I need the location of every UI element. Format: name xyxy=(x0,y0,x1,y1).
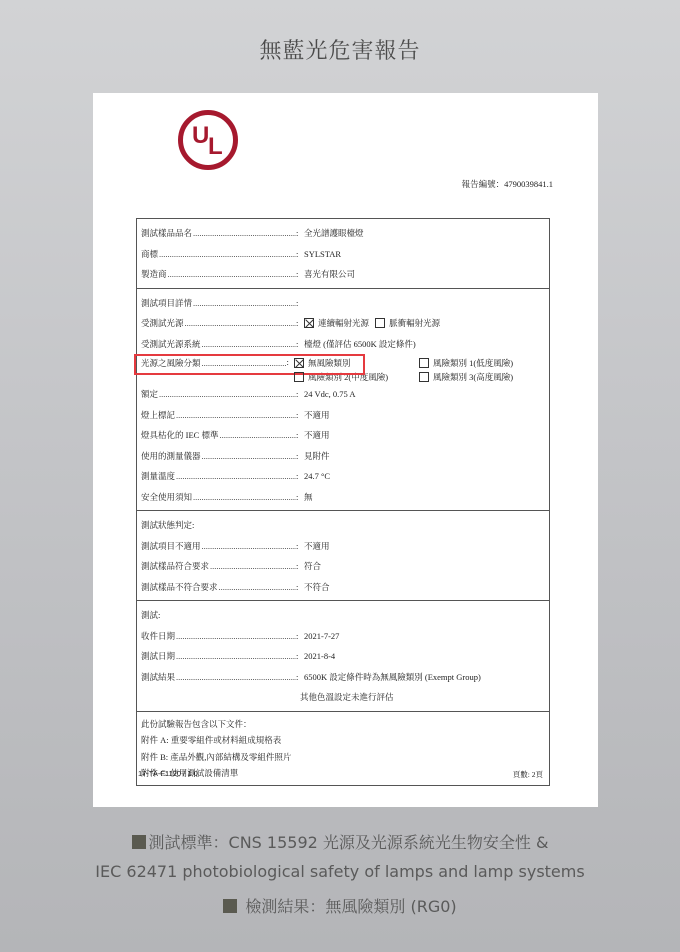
checkbox-checked-icon xyxy=(294,358,304,368)
page-count: 頁數: 2頁 xyxy=(513,769,543,780)
field-value: 無 xyxy=(304,491,549,503)
field-label: 燈上標記 xyxy=(141,410,176,420)
field-label: 額定 xyxy=(141,389,159,399)
field-value: SYLSTAR xyxy=(304,249,549,259)
section-heading: 測試狀態判定: xyxy=(141,520,195,530)
risk-option-group3: 風險類別 3(高度風險) xyxy=(419,371,549,383)
row-not-applicable: 測試項目不適用 : 不適用 xyxy=(137,536,549,557)
field-label: 燈具枯化的 IEC 標準 xyxy=(141,430,219,440)
field-value: 不符合 xyxy=(304,581,549,593)
checkbox-empty-icon xyxy=(419,372,429,382)
row-sample-name: 測試樣品品名 : 全光譜護眼檯燈 xyxy=(137,223,549,244)
row-pass: 測試樣品符合要求 : 符合 xyxy=(137,556,549,577)
row-lamp-marking: 燈上標記 : 不適用 xyxy=(137,405,549,426)
risk-option-group1: 風險類別 1(低度風險) xyxy=(419,357,549,369)
row-rating: 額定 : 24 Vdc, 0.75 A xyxy=(137,384,549,405)
caption-standard: 測試標準：CNS 15592 光源及光源系統光生物安全性 & xyxy=(0,830,680,853)
attachment-item: 附件 B: 產品外觀,內部結構及零組件照片 xyxy=(137,749,549,766)
field-value: 2021-7-27 xyxy=(304,631,549,641)
square-bullet-icon xyxy=(223,899,237,913)
row-safety-notes: 安全使用須知 : 無 xyxy=(137,487,549,508)
row-temperature: 測量溫度 : 24.7 °C xyxy=(137,466,549,487)
attachment-item: 附件 A: 重要零組件或材料組成規格表 xyxy=(137,732,549,749)
ul-logo-l: L xyxy=(208,135,223,159)
row-test-date: 測試日期 : 2021-8-4 xyxy=(137,646,549,667)
risk-option-group2: 風險類別 2(中度風險) xyxy=(294,371,419,383)
report-number-label: 報告編號： xyxy=(462,179,505,189)
ul-logo-u: U xyxy=(192,124,209,148)
field-label: 測試項目不適用 xyxy=(141,541,202,551)
field-value: 檯燈 (僅評估 6500K 設定條件) xyxy=(304,338,549,350)
section-testing: 測試: 收件日期 : 2021-7-27 測試日期 : 2021-8-4 測試結… xyxy=(137,601,549,712)
form-code: 17-TA-F1120 / 1.0 xyxy=(138,769,198,778)
row-iec-standard: 燈具枯化的 IEC 標準 : 不適用 xyxy=(137,425,549,446)
field-label: 測量溫度 xyxy=(141,471,176,481)
ul-logo-icon: U L xyxy=(178,110,238,170)
section-sample-info: 測試樣品品名 : 全光譜護眼檯燈 商標 : SYLSTAR 製造商 : 喜光有限… xyxy=(137,219,549,289)
field-label: 使用的測量儀器 xyxy=(141,451,202,461)
field-label: 光源之風險分類 xyxy=(141,358,202,368)
square-bullet-icon xyxy=(132,835,146,849)
field-label: 收件日期 xyxy=(141,631,176,641)
field-label: 測試結果 xyxy=(141,672,176,682)
field-value: 不適用 xyxy=(304,540,549,552)
row-manufacturer: 製造商 : 喜光有限公司 xyxy=(137,264,549,285)
row-result-note: 其他色溫設定未進行評估 xyxy=(137,687,549,708)
report-table: 測試樣品品名 : 全光譜護眼檯燈 商標 : SYLSTAR 製造商 : 喜光有限… xyxy=(136,218,550,786)
page-title: 無藍光危害報告 xyxy=(0,34,680,65)
field-label: 受測試光源系統 xyxy=(141,339,202,349)
section-heading: 此份試驗報告包含以下文件： xyxy=(141,718,549,730)
section-verdict: 測試狀態判定: 測試項目不適用 : 不適用 測試樣品符合要求 : 符合 測試樣品… xyxy=(137,511,549,601)
field-label: 安全使用須知 xyxy=(141,492,193,502)
row-receipt-date: 收件日期 : 2021-7-27 xyxy=(137,626,549,647)
row-light-source: 受測試光源 : 連續輻射光源 脈衝輻射光源 xyxy=(137,313,549,334)
field-label: 測試樣品不符合要求 xyxy=(141,582,219,592)
field-value: 不適用 xyxy=(304,429,549,441)
row-test-result: 測試結果 : 6500K 設定條件時為無風險類別 (Exempt Group) xyxy=(137,667,549,688)
field-value: 全光譜護眼檯燈 xyxy=(304,227,549,239)
row-light-system: 受測試光源系統 : 檯燈 (僅評估 6500K 設定條件) xyxy=(137,334,549,355)
checkbox-checked-icon xyxy=(304,318,314,328)
checkbox-empty-icon xyxy=(294,372,304,382)
field-value: 2021-8-4 xyxy=(304,651,549,661)
section-heading: 測試項目詳情 xyxy=(141,298,193,308)
field-value: 24 Vdc, 0.75 A xyxy=(304,389,549,399)
field-label: 測試日期 xyxy=(141,651,176,661)
row-fail: 測試樣品不符合要求 : 不符合 xyxy=(137,577,549,598)
section-test-details: 測試項目詳情 : 受測試光源 : 連續輻射光源 脈衝輻射光源 受測試光源系統 :… xyxy=(137,289,549,512)
row-trademark: 商標 : SYLSTAR xyxy=(137,244,549,265)
row-attachments-heading: 此份試驗報告包含以下文件： xyxy=(137,716,549,733)
option-pulsed: 脈衝輻射光源 xyxy=(389,318,440,328)
field-label: 測試樣品品名 xyxy=(141,228,193,238)
row-test-details-heading: 測試項目詳情 : xyxy=(137,293,549,314)
field-label: 受測試光源 xyxy=(141,318,185,328)
field-label: 測試樣品符合要求 xyxy=(141,561,210,571)
attachment-item: 附件 C: 使用測試設備清單 xyxy=(137,765,549,782)
row-verdict-heading: 測試狀態判定: xyxy=(137,515,549,536)
checkbox-empty-icon xyxy=(375,318,385,328)
risk-option-exempt: 無風險類別 xyxy=(294,357,419,369)
field-value: 24.7 °C xyxy=(304,471,549,481)
caption-result: 檢測結果：無風險類別 (RG0) xyxy=(0,894,680,917)
field-label: 製造商 xyxy=(141,269,168,279)
field-value: 其他色溫設定未進行評估 xyxy=(300,691,549,703)
field-value: 不適用 xyxy=(304,409,549,421)
field-value: 符合 xyxy=(304,560,549,572)
row-risk-classification: 光源之風險分類 : 無風險類別 風險類別 1(低度風險) 風險類別 2(中度風險… xyxy=(137,354,549,384)
option-continuous: 連續輻射光源 xyxy=(318,318,369,328)
field-value: 6500K 設定條件時為無風險類別 (Exempt Group) xyxy=(304,671,549,683)
field-label: 商標 xyxy=(141,249,159,259)
checkbox-empty-icon xyxy=(419,358,429,368)
report-number-value: 4790039841.1 xyxy=(504,179,553,189)
row-testing-heading: 測試: xyxy=(137,605,549,626)
caption-standard-en: IEC 62471 photobiological safety of lamp… xyxy=(0,862,680,881)
field-value: 見附件 xyxy=(304,450,549,462)
section-attachments: 此份試驗報告包含以下文件： 附件 A: 重要零組件或材料組成規格表 附件 B: … xyxy=(137,712,549,785)
row-instruments: 使用的測量儀器 : 見附件 xyxy=(137,446,549,467)
report-sheet: U L 報告編號：4790039841.1 測試樣品品名 : 全光譜護眼檯燈 商… xyxy=(93,93,598,807)
report-number: 報告編號：4790039841.1 xyxy=(462,178,553,190)
section-heading: 測試: xyxy=(141,610,161,620)
field-value: 喜光有限公司 xyxy=(304,268,549,280)
